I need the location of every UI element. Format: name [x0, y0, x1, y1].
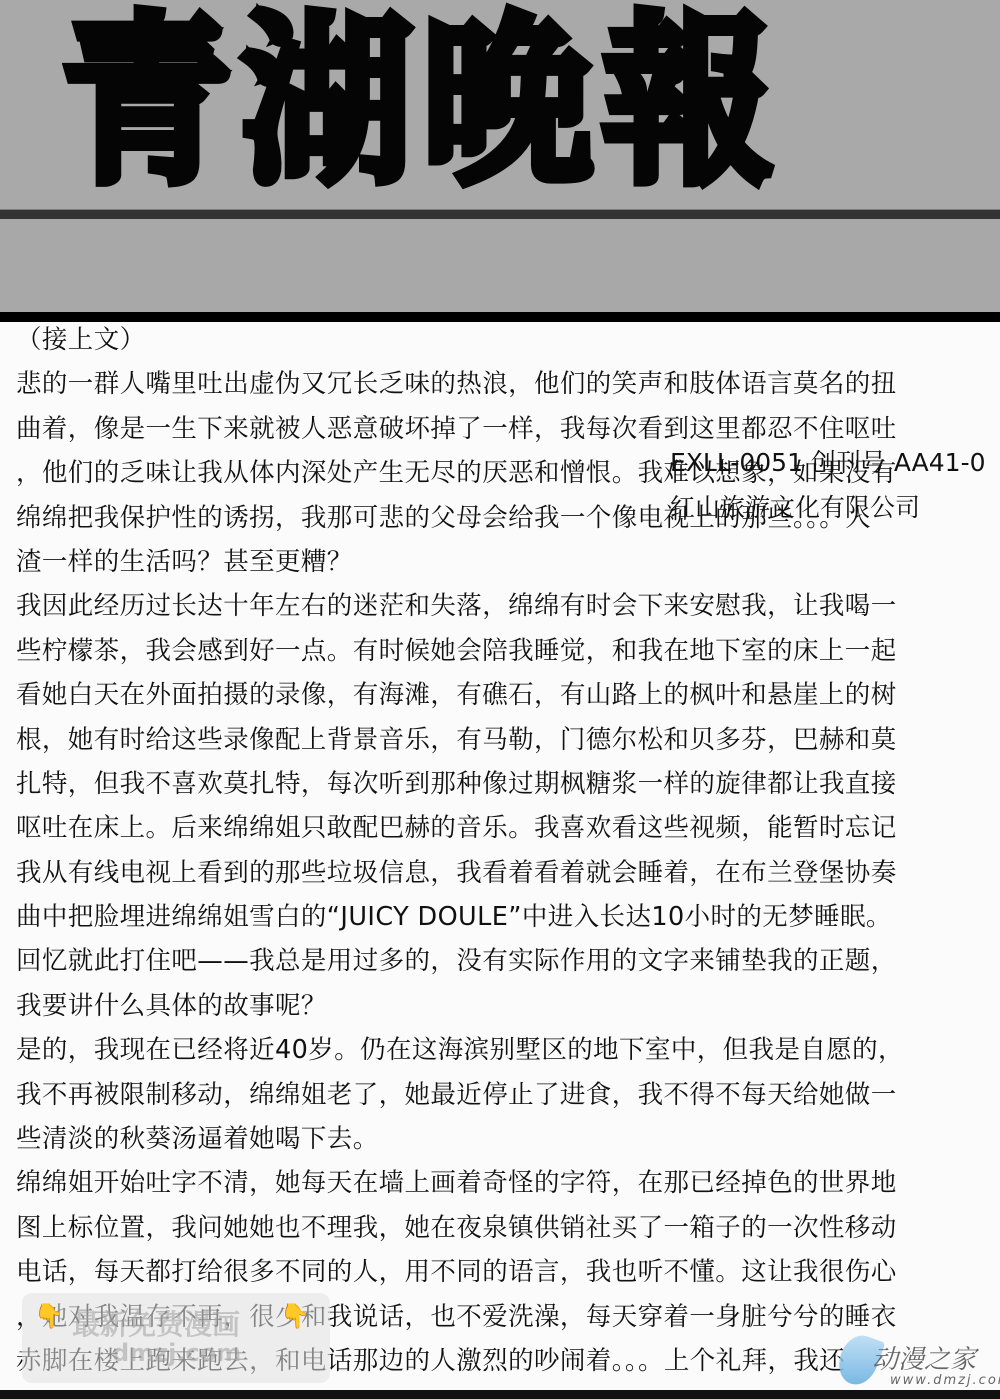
article-line: 回忆就此打住吧——我总是用过多的，没有实际作用的文字来铺垫我的正题，	[16, 939, 936, 983]
article-line: 我不再被限制移动，绵绵姐老了，她最近停止了进食，我不得不每天给她做一	[16, 1073, 936, 1117]
article-line: 些清淡的秋葵汤逼着她喝下去。	[16, 1117, 936, 1161]
article-line: 我从有线电视上看到的那些垃圾信息，我看着看着就会睡着，在布兰登堡协奏	[16, 851, 936, 895]
article-line: 我要讲什么具体的故事呢？	[16, 984, 936, 1028]
pointing-hand-icon: 👇	[34, 1301, 60, 1331]
article-line: 曲着，像是一生下来就被人恶意破坏掉了一样，我每次看到这里都忍不住呕吐	[16, 407, 936, 451]
article-line: 曲中把脸埋进绵绵姐雪白的“JUICY DOULE”中进入长达10小时的无梦睡眠。	[16, 895, 936, 939]
masthead: 青湖晚報	[0, 0, 1000, 210]
article-line: 根，她有时给这些录像配上背景音乐，有马勒，门德尔松和贝多芬，巴赫和莫	[16, 718, 936, 762]
masthead-subband: EXLL-0051 创刊号 AA41-0 红山旅游文化有限公司	[0, 219, 1000, 312]
watermark-text: 最新免费漫画	[72, 1303, 240, 1343]
article-line: ，他们的乏味让我从体内深处产生无尽的厌恶和憎恨。我难以想象，如果没有	[16, 451, 936, 495]
article-line: （接上文）	[16, 318, 936, 362]
article-line: 绵绵把我保护性的诱拐，我那可悲的父母会给我一个像电视上的那些。。。人	[16, 496, 936, 540]
article-line: 些柠檬茶，我会感到好一点。有时候她会陪我睡觉，和我在地下室的床上一起	[16, 629, 936, 673]
logo-name: 动漫之家	[872, 1339, 976, 1376]
article-line: 扎特，但我不喜欢莫扎特，每次听到那种像过期枫糖浆一样的旋律都让我直接	[16, 762, 936, 806]
dmzj-logo[interactable]: 动漫之家 www.dmzj.com	[840, 1335, 1000, 1395]
article-line: 电话，每天都打给很多不同的人，用不同的语言，我也听不懂。这让我很伤心	[16, 1250, 936, 1294]
bottom-border	[0, 1390, 1000, 1399]
article-body: （接上文） 悲的一群人嘴里吐出虚伪又冗长乏味的热浪，他们的笑声和肢体语言莫名的扭…	[16, 318, 936, 1383]
pointing-hand-icon: 👇	[280, 1301, 306, 1331]
logo-url: www.dmzj.com	[890, 1373, 1000, 1388]
watermark-overlay[interactable]: 👇 最新免费漫画 👇 dmzj.com	[22, 1293, 330, 1383]
article-line: 图上标位置，我问她她也不理我，她在夜泉镇供销社买了一箱子的一次性移动	[16, 1206, 936, 1250]
article-line: 悲的一群人嘴里吐出虚伪又冗长乏味的热浪，他们的笑声和肢体语言莫名的扭	[16, 362, 936, 406]
article-line: 是的，我现在已经将近40岁。仍在这海滨别墅区的地下室中，但我是自愿的，	[16, 1028, 936, 1072]
article-line: 渣一样的生活吗？甚至更糟？	[16, 540, 936, 584]
article-line: 看她白天在外面拍摄的录像，有海滩，有礁石，有山路上的枫叶和悬崖上的树	[16, 673, 936, 717]
newspaper-title: 青湖晚報	[62, 2, 784, 202]
watermark-url: dmzj.com	[112, 1339, 241, 1367]
article-line: 我因此经历过长达十年左右的迷茫和失落，绵绵有时会下来安慰我，让我喝一	[16, 584, 936, 628]
masthead-divider	[0, 209, 1000, 219]
article-line: 绵绵姐开始吐字不清，她每天在墙上画着奇怪的字符，在那已经掉色的世界地	[16, 1161, 936, 1205]
article-line: 呕吐在床上。后来绵绵姐只敢配巴赫的音乐。我喜欢看这些视频，能暂时忘记	[16, 806, 936, 850]
